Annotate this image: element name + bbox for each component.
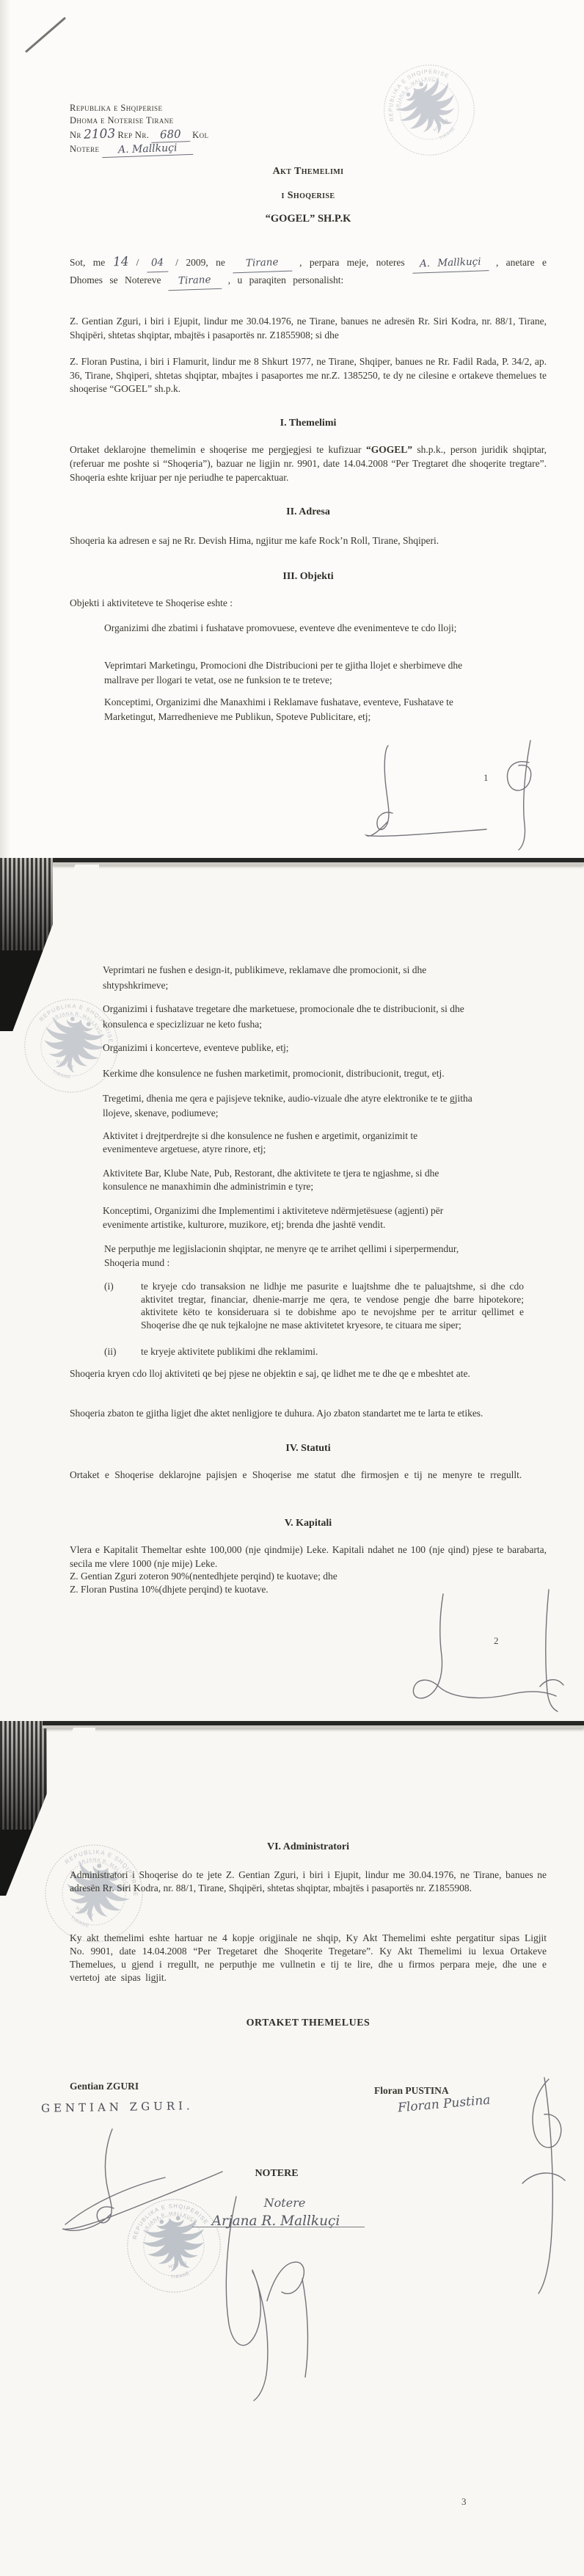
list-item-label: (ii) xyxy=(104,1345,117,1359)
date-day-handwritten: 14 xyxy=(112,255,128,271)
list-item-text: te kryeje cdo transaksion ne lidhje me p… xyxy=(141,1280,524,1331)
founder2-name: Floran PUSTINA xyxy=(374,2084,449,2098)
section1-body-pre: Ortaket deklarojne themelimin e shoqeris… xyxy=(70,444,362,455)
signature-floran-pustina-page3 xyxy=(514,2073,572,2301)
section3-lead: Objekti i aktiviteteve te Shoqerise esht… xyxy=(70,597,547,611)
signature-partner-page2 xyxy=(405,1584,577,1716)
section4-body: Ortaket e Shoqerise deklarojne pajisjen … xyxy=(70,1468,547,1482)
partner1-paragraph: Z. Gentian Zguri, i biri i Ejupit, lindu… xyxy=(70,315,547,342)
page-edge-line-2 xyxy=(43,1721,584,1728)
objekti-item: Organizimi i koncerteve, eventeve publik… xyxy=(103,1040,490,1055)
page3-number: 3 xyxy=(461,2496,467,2508)
svg-text:TIRANE: TIRANE xyxy=(51,1069,72,1081)
kol-label: Kol xyxy=(192,130,208,140)
nr-value-handwritten: 2103 xyxy=(84,126,116,142)
list-item-text: te kryeje aktivitete publikimi dhe rekla… xyxy=(141,1345,524,1359)
section2-heading: II. Adresa xyxy=(70,506,547,518)
law-note-paragraph: Ne perputhje me legjislacionin shqiptar,… xyxy=(104,1242,471,1270)
objekti-item: Kerkime dhe konsulence ne fushen marketi… xyxy=(103,1066,499,1081)
objekti-item: Veprimtari ne fushen e design-it, publik… xyxy=(103,962,490,993)
scanned-document: REPUBLIKA E SHQIPERISE ARJANA R. MALLKUÇ… xyxy=(0,0,584,2576)
founder1-handwritten-name: GENTIAN ZGURI. xyxy=(41,2099,194,2115)
svg-text:TIRANE: TIRANE xyxy=(69,1915,91,1930)
section1-heading: I. Themelimi xyxy=(70,418,547,429)
section5-body: Vlera e Kapitalit Themeltar eshte 100,00… xyxy=(70,1543,547,1571)
objekti-item: Konceptimi, Organizimi dhe Implementimi … xyxy=(103,1204,490,1231)
objekti-item: Aktivitete Bar, Klube Nate, Pub, Restora… xyxy=(103,1167,484,1193)
share-line-1: Z. Gentian Zguri zoteron 90%(nentedhjete… xyxy=(70,1570,547,1584)
section3-heading: III. Objekti xyxy=(70,571,547,583)
header-republic: Republika e Shqiperise xyxy=(70,102,162,115)
section1-company-bold: “GOGEL” xyxy=(366,444,412,455)
partner2-paragraph: Z. Floran Pustina, i biri i Flamurit, li… xyxy=(70,355,547,396)
signature-notary-page3 xyxy=(213,2191,363,2411)
notary-round-stamp-page1: REPUBLIKA E SHQIPERISE ARJANA R. MALLKUÇ… xyxy=(362,43,496,177)
page1-left-shadow xyxy=(0,0,10,858)
signature-gentian-zguri-page3 xyxy=(55,2125,227,2235)
objekti-item: Veprimtari Marketingu, Promocioni dhe Di… xyxy=(104,658,492,688)
intro-text-1: Sot, me xyxy=(70,257,105,268)
pen-scratch-mark xyxy=(21,13,72,57)
notary-name-handwritten: A. Mallkuçi xyxy=(412,254,489,273)
objekti-item: Organizimi dhe zbatimi i fushatave promo… xyxy=(104,621,492,636)
intro-text-3: , perpara meje, noteres xyxy=(299,257,405,268)
objekti-item: Tregetimi, dhenia me qera e pajisjeve te… xyxy=(103,1091,490,1121)
list-item-label: (i) xyxy=(104,1280,114,1294)
closing-paragraph: Ky akt themelimi eshte hartuar ne 4 kopj… xyxy=(70,1932,547,1984)
header-notary-row: Notere A. Mallkuçi xyxy=(70,142,193,156)
founder1-name: Gentian ZGURI xyxy=(70,2080,139,2094)
section2-body: Shoqeria ka adresen e saj ne Rr. Devish … xyxy=(70,534,554,548)
nr-label: Nr xyxy=(70,130,81,140)
notere-value-handwritten: A. Mallkuçi xyxy=(101,141,193,158)
company-name: “GOGEL” SH.P.K xyxy=(70,213,547,225)
objekti-after2: Shoqeria zbaton te gjitha ligjet dhe akt… xyxy=(70,1406,547,1421)
rep-nr-label: Rep Nr. xyxy=(117,130,149,140)
header-numbers-row: Nr 2103 Rep Nr. 680 Kol xyxy=(70,127,208,142)
date-month-handwritten: 04 xyxy=(146,255,168,272)
objekti-after1: Shoqeria kryen cdo lloj aktiviteti qe be… xyxy=(70,1367,547,1381)
section1-body: Ortaket deklarojne themelimin e shoqeris… xyxy=(70,443,547,484)
section4-heading: IV. Statuti xyxy=(70,1443,547,1455)
section6-heading: VI. Administratori xyxy=(70,1841,547,1853)
section5-heading: V. Kapitali xyxy=(70,1518,547,1529)
intro-paragraph: Sot, me 14 / 04 / 2009, ne Tirane , perp… xyxy=(70,255,547,289)
doc-title: Akt Themelimi xyxy=(70,166,547,178)
city-handwritten-2: Tirane xyxy=(167,272,221,290)
section6-body: Administratori i Shoqerise do te jete Z.… xyxy=(70,1869,547,1895)
founders-heading: ORTAKET THEMELUES xyxy=(70,2017,547,2029)
doc-subtitle: i Shoqerise xyxy=(70,190,547,202)
intro-text-5: , u paraqiten personalisht: xyxy=(228,274,343,285)
page-edge-line-1 xyxy=(53,858,584,865)
objekti-item: Aktivitet i drejtperdrejte si dhe konsul… xyxy=(103,1129,470,1156)
header-chamber: Dhoma e Noterise Tirane xyxy=(70,114,174,128)
city-handwritten-1: Tirane xyxy=(233,255,292,273)
signature-partner-right-page1 xyxy=(495,738,547,851)
intro-sep: / xyxy=(136,257,139,268)
intro-text-2: / 2009, ne xyxy=(175,257,225,268)
objekti-item: Organizimi i fushatave tregetare dhe mar… xyxy=(103,1001,490,1032)
scan-film-strip-1 xyxy=(0,858,53,952)
signature-partner-left-page1 xyxy=(363,741,492,840)
svg-text:TIRANË: TIRANË xyxy=(169,2271,191,2282)
svg-text:NOTER: NOTER xyxy=(168,2261,188,2270)
notere-label: Notere xyxy=(70,144,99,154)
objekti-item: Konceptimi, Organizimi dhe Manaxhimi i R… xyxy=(104,695,492,724)
